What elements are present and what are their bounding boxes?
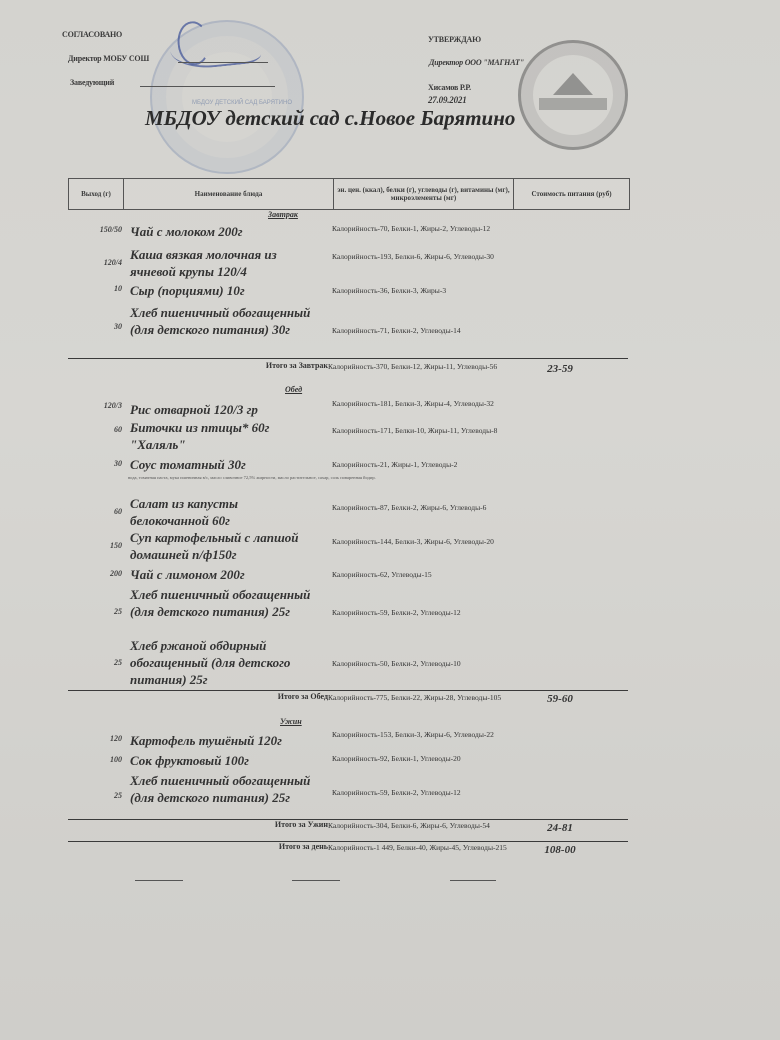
lunch-total-nutrition: Калорийность-775, Белки-22, Жиры-28, Угл…: [328, 692, 513, 703]
item-dish-name: Сок фруктовый 100г: [130, 752, 330, 769]
item-dish-name: Суп картофельный с лапшой домашней п/ф15…: [130, 529, 330, 563]
item-nutrition: Калорийность-70, Белки-1, Жиры-2, Углево…: [332, 223, 512, 234]
item-weight: 150/50: [70, 225, 122, 234]
lunch-total-label: Итого за Обед: [128, 692, 328, 701]
item-weight: 200: [70, 569, 122, 578]
item-weight: 100: [70, 755, 122, 764]
item-nutrition: Калорийность-153, Белки-3, Жиры-6, Углев…: [332, 729, 512, 740]
day-total-nutrition: Калорийность-1 449, Белки-40, Жиры-45, У…: [328, 842, 513, 853]
column-header-nutrition: эн. цен. (ккал), белки (г), углеводы (г)…: [334, 179, 514, 209]
item-weight: 30: [70, 322, 122, 331]
approval-right-name: Хисамов Р.Р.: [428, 83, 471, 92]
item-dish-name: Хлеб ржаной обдирный обогащенный (для де…: [130, 637, 320, 688]
item-nutrition: Калорийность-171, Белки-10, Жиры-11, Угл…: [332, 425, 512, 436]
item-nutrition: Калорийность-50, Белки-2, Углеводы-10: [332, 658, 522, 669]
company-stamp-band: [539, 98, 607, 110]
breakfast-total-label: Итого за Завтрак: [128, 361, 328, 370]
section-divider: [68, 690, 628, 691]
dinner-total-cost: 24-81: [520, 822, 600, 834]
item-nutrition: Калорийность-36, Белки-3, Жиры-3: [332, 285, 512, 296]
section-divider: [68, 358, 628, 359]
signature-line: [140, 86, 275, 87]
signature-line: [450, 880, 496, 881]
breakfast-total-nutrition: Калорийность-370, Белки-12, Жиры-11, Угл…: [328, 361, 513, 372]
item-dish-name: Каша вязкая молочная из ячневой крупы 12…: [130, 246, 310, 280]
item-weight: 30: [70, 459, 122, 468]
item-nutrition: Калорийность-92, Белки-1, Углеводы-20: [332, 753, 512, 764]
company-stamp: [518, 40, 628, 150]
mountain-emblem-icon: [553, 73, 593, 95]
item-nutrition: Калорийность-144, Белки-3, Жиры-6, Углев…: [332, 536, 512, 547]
item-weight: 10: [70, 284, 122, 293]
approval-right-date: 27.09.2021: [428, 95, 467, 105]
signature-line: [292, 880, 340, 881]
item-weight: 120/3: [70, 401, 122, 410]
column-header-name: Наименование блюда: [124, 179, 334, 209]
item-nutrition: Калорийность-181, Белки-3, Жиры-4, Углев…: [332, 398, 512, 409]
item-nutrition: Калорийность-59, Белки-2, Углеводы-12: [332, 607, 522, 618]
item-dish-name: Картофель тушёный 120г: [130, 732, 330, 749]
day-total-cost: 108-00: [520, 844, 600, 856]
dinner-total-nutrition: Калорийность-304, Белки-6, Жиры-6, Углев…: [328, 820, 513, 831]
approval-left-heading: СОГЛАСОВАНО: [62, 30, 122, 39]
column-header-weight: Выход (г): [69, 179, 124, 209]
dinner-total-label: Итого за Ужин: [128, 820, 328, 829]
item-nutrition: Калорийность-193, Белки-6, Жиры-6, Углев…: [332, 251, 512, 262]
section-title-breakfast: Завтрак: [268, 210, 298, 219]
column-header-cost: Стоимость питания (руб): [514, 179, 629, 209]
item-weight: 25: [70, 658, 122, 667]
item-weight: 150: [70, 541, 122, 550]
table-header: Выход (г) Наименование блюда эн. цен. (к…: [68, 178, 630, 210]
day-total-label: Итого за день: [128, 842, 328, 851]
item-dish-name: Салат из капусты белокочанной 60г: [130, 495, 280, 529]
item-dish-name: Биточки из птицы* 60г "Халяль": [130, 419, 305, 453]
item-weight: 120/4: [70, 258, 122, 267]
section-title-lunch: Обед: [285, 385, 302, 394]
item-weight: 25: [70, 607, 122, 616]
item-dish-name: Соус томатный 30г: [130, 456, 330, 473]
item-dish-name: Хлеб пшеничный обогащенный (для детского…: [130, 304, 320, 338]
approval-left-role2: Заведующий: [70, 78, 114, 87]
item-weight: 60: [70, 425, 122, 434]
signature-line: [135, 880, 183, 881]
item-dish-name: Хлеб пшеничный обогащенный (для детского…: [130, 586, 320, 620]
item-dish-name: Сыр (порциями) 10г: [130, 282, 330, 299]
breakfast-total-cost: 23-59: [520, 363, 600, 375]
menu-document: МБДОУ ДЕТСКИЙ САД БАРЯТИНО СОГЛАСОВАНО Д…: [0, 0, 780, 1040]
section-title-dinner: Ужин: [280, 717, 302, 726]
item-weight: 60: [70, 507, 122, 516]
item-nutrition: Калорийность-87, Белки-2, Жиры-6, Углево…: [332, 502, 512, 513]
item-nutrition: Калорийность-71, Белки-2, Углеводы-14: [332, 325, 522, 336]
approval-right-heading: УТВЕРЖДАЮ: [428, 35, 481, 44]
signature-line: [178, 62, 268, 63]
item-ingredients-note: вода, томатная паста, мука пшеничная в/с…: [128, 475, 518, 481]
item-dish-name: Рис отварной 120/3 гр: [130, 401, 330, 418]
item-dish-name: Хлеб пшеничный обогащенный (для детского…: [130, 772, 320, 806]
approval-left-role: Директор МОБУ СОШ: [68, 54, 149, 63]
document-title: МБДОУ детский сад с.Новое Барятино: [145, 106, 515, 131]
item-nutrition: Калорийность-59, Белки-2, Углеводы-12: [332, 787, 522, 798]
item-nutrition: Калорийность-21, Жиры-1, Углеводы-2: [332, 459, 522, 470]
item-dish-name: Чай с лимоном 200г: [130, 566, 330, 583]
approval-right-role: Директор ООО "МАГНАТ": [429, 58, 524, 67]
item-weight: 120: [70, 734, 122, 743]
lunch-total-cost: 59-60: [520, 693, 600, 705]
item-nutrition: Калорийность-62, Углеводы-15: [332, 569, 512, 580]
item-weight: 25: [70, 791, 122, 800]
item-dish-name: Чай с молоком 200г: [130, 223, 330, 240]
